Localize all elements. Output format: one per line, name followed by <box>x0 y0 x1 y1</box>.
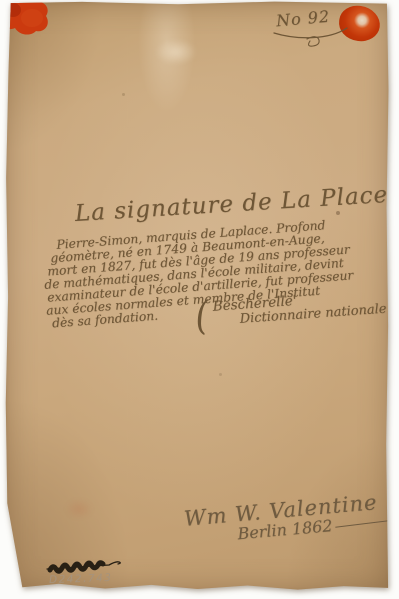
light-stain <box>155 39 197 65</box>
ink-speck <box>122 93 125 96</box>
faint-red-smudge <box>65 499 93 519</box>
paper-shadow-wrap: No 92 La signature de La Place Pierre-Si… <box>5 1 390 592</box>
ink-speck <box>336 211 340 215</box>
catalog-number: D242.743 <box>49 572 113 586</box>
photo-background: No 92 La signature de La Place Pierre-Si… <box>0 0 399 599</box>
manuscript-paper: No 92 La signature de La Place Pierre-Si… <box>5 1 390 592</box>
ink-speck <box>219 373 222 376</box>
archive-number-flourish-icon <box>271 25 351 55</box>
attribution-brace: ( <box>194 297 210 337</box>
signature-underline <box>336 520 392 528</box>
collector-signature: Wm W. Valentine Berlin 1862 <box>183 489 392 548</box>
wax-seal-top-left-icon <box>0 0 52 44</box>
